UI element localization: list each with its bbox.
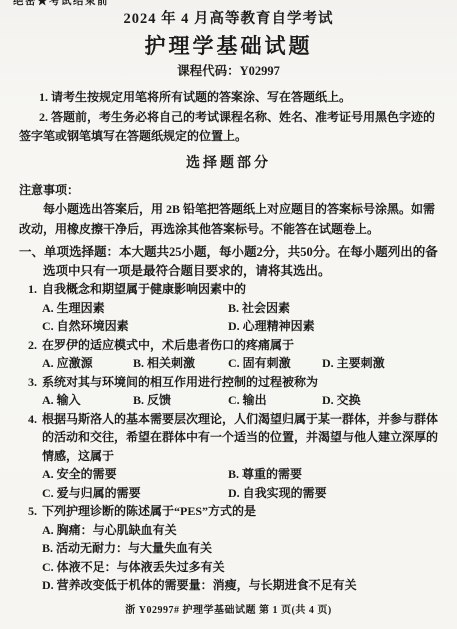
question-4-stem-row: 4.根据马斯洛人的基本需要层次理论，人们渴望归属于某一群体，并参与群体的活动和交… (28, 410, 438, 466)
question-3: 3.系统对其与环境间的相互作用进行控制的过程被称为 A. 输入 B. 反馈 C.… (28, 373, 438, 410)
question-1: 1.自我概念和期望属于健康影响因素中的 A. 生理因素 B. 社会因素 C. 自… (28, 280, 438, 336)
question-2-number: 2. (28, 336, 42, 355)
question-2-option-c: C. 固有刺激 (228, 354, 322, 373)
question-5-options: A. 胸痛：与心肌缺血有关 B. 活动无耐力：与大量失血有关 C. 体液不足：与… (42, 521, 438, 595)
question-2-option-b: B. 相关刺激 (133, 354, 228, 373)
question-2-option-d: D. 主要刺激 (322, 354, 438, 373)
question-4-stem: 根据马斯洛人的基本需要层次理论，人们渴望归属于某一群体，并参与群体的活动和交往，… (42, 412, 438, 463)
question-3-option-d: D. 交换 (322, 391, 438, 410)
instruction-2: 2. 答题前，考生务必将自己的考试课程名称、姓名、准考证号用黑色字迹的签字笔或钢… (19, 108, 438, 147)
question-1-option-d: D. 心理精神因素 (228, 317, 438, 336)
question-4-option-d: D. 自我实现的需要 (228, 484, 438, 503)
question-1-options: A. 生理因素 B. 社会因素 C. 自然环境因素 D. 心理精神因素 (42, 299, 438, 336)
question-4-option-c: C. 爱与归属的需要 (42, 484, 228, 503)
question-5-number: 5. (28, 502, 42, 521)
question-1-option-a: A. 生理因素 (42, 299, 228, 318)
instruction-1: 1. 请考生按规定用笔将所有试题的答案涂、写在答题纸上。 (19, 88, 438, 108)
question-3-option-a: A. 输入 (42, 391, 133, 410)
course-code: 课程代码：Y02997 (0, 63, 457, 79)
question-2-stem: 在罗伊的适应模式中，术后患者伤口的疼痛属于 (42, 338, 294, 352)
security-stamp: 绝密★考试结束前 (13, 0, 109, 6)
security-stamp-text: 绝密★考试结束前 (13, 0, 109, 6)
question-5-stem: 下列护理诊断的陈述属于“PES”方式的是 (42, 504, 256, 518)
question-4-options: A. 安全的需要 B. 尊重的需要 C. 爱与归属的需要 D. 自我实现的需要 (42, 465, 438, 502)
question-3-option-c: C. 输出 (228, 391, 322, 410)
notes-body: 每小题选出答案后，用 2B 铅笔把答题纸上对应题目的答案标号涂黑。如需改动，用橡… (19, 200, 438, 239)
section-title: 选择题部分 (0, 154, 457, 173)
question-1-number: 1. (28, 280, 42, 299)
question-4-number: 4. (28, 410, 42, 429)
paper-title: 护理学基础试题 (0, 33, 457, 60)
question-5-option-d: D. 营养改变低于机体的需要量：消瘦，与长期进食不足有关 (42, 576, 438, 595)
question-5-stem-row: 5.下列护理诊断的陈述属于“PES”方式的是 (28, 502, 438, 521)
question-5: 5.下列护理诊断的陈述属于“PES”方式的是 A. 胸痛：与心肌缺血有关 B. … (28, 502, 438, 595)
question-5-option-c: C. 体液不足：与体液丢失过多有关 (42, 558, 438, 577)
question-4-option-a: A. 安全的需要 (42, 465, 228, 484)
question-5-option-a: A. 胸痛：与心肌缺血有关 (42, 521, 438, 540)
question-3-number: 3. (28, 373, 42, 392)
question-3-options: A. 输入 B. 反馈 C. 输出 D. 交换 (42, 391, 438, 410)
question-1-stem: 自我概念和期望属于健康影响因素中的 (42, 282, 246, 296)
question-4-option-b: B. 尊重的需要 (228, 465, 438, 484)
part1-heading: 一、单项选择题：本大题共25小题，每小题2分，共50分。在每小题列出的备选项中只… (19, 243, 438, 280)
question-3-stem-row: 3.系统对其与环境间的相互作用进行控制的过程被称为 (28, 373, 438, 392)
question-2-stem-row: 2.在罗伊的适应模式中，术后患者伤口的疼痛属于 (28, 336, 438, 355)
question-1-stem-row: 1.自我概念和期望属于健康影响因素中的 (28, 280, 438, 299)
question-3-stem: 系统对其与环境间的相互作用进行控制的过程被称为 (42, 375, 318, 389)
question-5-option-b: B. 活动无耐力：与大量失血有关 (42, 539, 438, 558)
notes-title: 注意事项： (19, 181, 438, 201)
exam-paper-page: 绝密★考试结束前 2024 年 4 月高等教育自学考试 护理学基础试题 课程代码… (0, 0, 457, 629)
question-2: 2.在罗伊的适应模式中，术后患者伤口的疼痛属于 A. 应激源 B. 相关刺激 C… (28, 336, 438, 373)
question-1-option-b: B. 社会因素 (228, 299, 438, 318)
question-3-option-b: B. 反馈 (133, 391, 228, 410)
question-1-option-c: C. 自然环境因素 (42, 317, 228, 336)
page-footer: 浙 Y02997# 护理学基础试题 第 1 页(共 4 页) (0, 601, 457, 616)
exam-session-title: 2024 年 4 月高等教育自学考试 (0, 10, 457, 29)
question-2-option-a: A. 应激源 (42, 354, 133, 373)
question-4: 4.根据马斯洛人的基本需要层次理论，人们渴望归属于某一群体，并参与群体的活动和交… (28, 410, 438, 503)
question-2-options: A. 应激源 B. 相关刺激 C. 固有刺激 D. 主要刺激 (42, 354, 438, 373)
